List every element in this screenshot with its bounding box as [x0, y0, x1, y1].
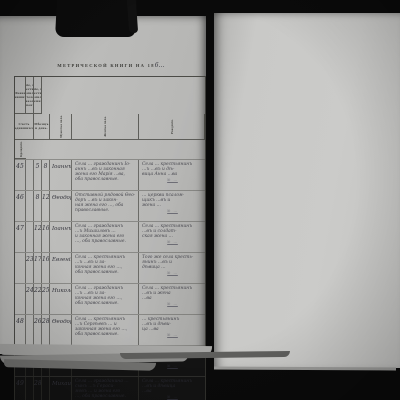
parents-cell: Села … крестьянинъ …ъ …въ и за- конная ж…	[72, 253, 139, 283]
register-row: 49 28 Михаилъ Села … гражданина … сынъ ……	[15, 376, 205, 400]
parents-cell: Села … гражданинъ …ъ …въ и за- конная же…	[72, 284, 139, 314]
archival-note: № …	[142, 271, 203, 276]
female-number-cell: 23	[26, 253, 34, 283]
female-number-cell	[26, 160, 34, 190]
female-number-cell: 24	[26, 284, 34, 314]
baptism-day-cell: 12	[42, 191, 50, 221]
birth-day-cell: 5	[34, 160, 42, 190]
female-number-cell	[26, 377, 34, 400]
male-number-cell	[15, 253, 26, 283]
archival-note: № …	[142, 302, 203, 307]
male-number-cell: 46	[15, 191, 26, 221]
godparents-cell: Села … крестьянинъ …ъ …въ и дѣ- вица Анн…	[139, 160, 205, 190]
godparents-cell: Села … крестьянинъ …въ и дѣвица …ва№ …	[139, 377, 205, 400]
binder-shadow-notch	[55, 0, 137, 37]
baptism-day-cell: 28	[42, 315, 50, 345]
baptism-day-cell	[42, 377, 50, 400]
parents-cell: Села … крестьянинъ …ъ Сергѣевъ … и закон…	[72, 315, 139, 345]
child-name-cell: Ѳеодоръ	[50, 315, 72, 345]
godparents-cell: Села … крестьянинъ …въ и солдат- ская же…	[139, 222, 205, 252]
subheader-born: Рожденія.	[139, 114, 205, 140]
parents-cell: Отставной рядовой Ѳео- доръ …въ и закон-…	[72, 191, 139, 221]
male-number-cell	[15, 284, 26, 314]
archival-note: № …	[142, 209, 203, 214]
header-parents-column: Званіе, имя, отчество и фамилія родителе…	[26, 77, 34, 114]
godparents-cell: Того же села кресть- янинъ …въ и дѣвица …	[139, 253, 205, 283]
godparents-text: … церкви псалом- щикъ …въ и жена …	[142, 193, 184, 208]
baptism-day-cell: 8	[42, 160, 50, 190]
subheader-baptized: Крещенія.	[15, 140, 26, 159]
register-row: 45 5 8 Іоаннъ Села … гражданинъ Іо- аннъ…	[15, 159, 205, 190]
godparents-text: Села … крестьянинъ …въ и жена …ва	[142, 286, 192, 301]
birth-day-cell: 26	[34, 315, 42, 345]
child-name-cell: Николай	[50, 284, 72, 314]
header-count-group: Счетъ родившихся.	[15, 114, 34, 140]
child-name-cell: Іоаннъ	[50, 160, 72, 190]
godparents-text: … крестьянинъ …въ и дѣви- ца …ва	[142, 317, 179, 332]
godparents-text: Села … крестьянинъ …ъ …въ и дѣ- вица Анн…	[142, 162, 192, 177]
register-row: 47 12 16 Іоаннъ Села … гражданинъ …ъ Мих…	[15, 221, 205, 252]
register-row: 48 26 28 Ѳеодоръ Села … крестьянинъ …ъ С…	[15, 314, 205, 345]
child-name-cell: Евгенія	[50, 253, 72, 283]
register-row: 24 22 25 Николай Села … гражданинъ …ъ …в…	[15, 283, 205, 314]
header-godparents-column: Званіе, имя, отчество и фамилія воспріем…	[34, 77, 42, 114]
archival-note: № …	[142, 333, 203, 338]
birth-day-cell: 28	[34, 377, 42, 400]
male-number-cell: 47	[15, 222, 26, 252]
parents-cell: Села … гражданинъ Іо- аннъ …въ и законна…	[72, 160, 139, 190]
child-name-cell: Ѳеодоръ	[50, 191, 72, 221]
female-number-cell	[26, 315, 34, 345]
godparents-text: Села … крестьянинъ …въ и дѣвица …ва	[142, 379, 192, 394]
child-name-cell: Іоаннъ	[50, 222, 72, 252]
register-row: 23 17 16 Евгенія Села … крестьянинъ …ъ ……	[15, 252, 205, 283]
godparents-cell: … крестьянинъ …въ и дѣви- ца …ва№ …	[139, 315, 205, 345]
handwritten-year: 6…	[155, 62, 165, 69]
parents-cell: Села … гражданинъ …ъ Михаиловъ … и закон…	[72, 222, 139, 252]
baptism-day-cell: 16	[42, 222, 50, 252]
register-row: 46 8 12 Ѳеодоръ Отставной рядовой Ѳео- д…	[15, 190, 205, 221]
male-number-cell: 45	[15, 160, 26, 190]
godparents-cell: … церкви псалом- щикъ …въ и жена …№ …	[139, 191, 205, 221]
child-name-cell: Михаилъ	[50, 377, 72, 400]
archival-note: № …	[142, 240, 203, 245]
baptism-day-cell: 16	[42, 253, 50, 283]
birth-day-cell: 12	[34, 222, 42, 252]
header-names-column: Имена родившихся.	[15, 77, 26, 114]
godparents-text: Села … крестьянинъ …въ и солдат- ская же…	[142, 224, 192, 239]
subheader-female: Женска пола.	[72, 114, 139, 140]
register-table-header: Счетъ родившихся. Мѣсяцъ и день. Имена р…	[15, 77, 205, 159]
register-right-page: ГОДЪ, ЧАСТЬ ПЕРВАЯ О РОДИВШИХСЯ. Кто сов…	[214, 13, 400, 368]
left-page-title-printed: МЕТРИЧЕСКОЙ КНИГИ НА 18	[57, 63, 154, 68]
birth-day-cell: 22	[34, 284, 42, 314]
parents-cell: Села … гражданина … сынъ …ъ Гераси- мовъ…	[72, 377, 139, 400]
left-page-title: МЕТРИЧЕСКОЙ КНИГИ НА 186…	[32, 62, 190, 69]
female-number-cell	[26, 191, 34, 221]
archival-note: № …	[142, 395, 203, 400]
baptism-day-cell: 25	[42, 284, 50, 314]
archival-note: № …	[142, 178, 203, 183]
godparents-text: Того же села кресть- янинъ …въ и дѣвица …	[142, 255, 193, 270]
female-number-cell	[26, 222, 34, 252]
header-date-group: Мѣсяцъ и день.	[34, 114, 50, 140]
page-edge-strip	[214, 367, 396, 371]
scanned-photo-background: МЕТРИЧЕСКОЙ КНИГИ НА 186… Счетъ родивших…	[0, 0, 400, 400]
male-number-cell: 49	[15, 377, 26, 400]
subheader-male: Мужеска пола.	[50, 114, 72, 140]
birth-day-cell: 8	[34, 191, 42, 221]
register-left-page: МЕТРИЧЕСКОЙ КНИГИ НА 186… Счетъ родивших…	[0, 16, 206, 354]
birth-day-cell: 17	[34, 253, 42, 283]
male-number-cell: 48	[15, 315, 26, 345]
godparents-cell: Села … крестьянинъ …въ и жена …ва№ …	[139, 284, 205, 314]
